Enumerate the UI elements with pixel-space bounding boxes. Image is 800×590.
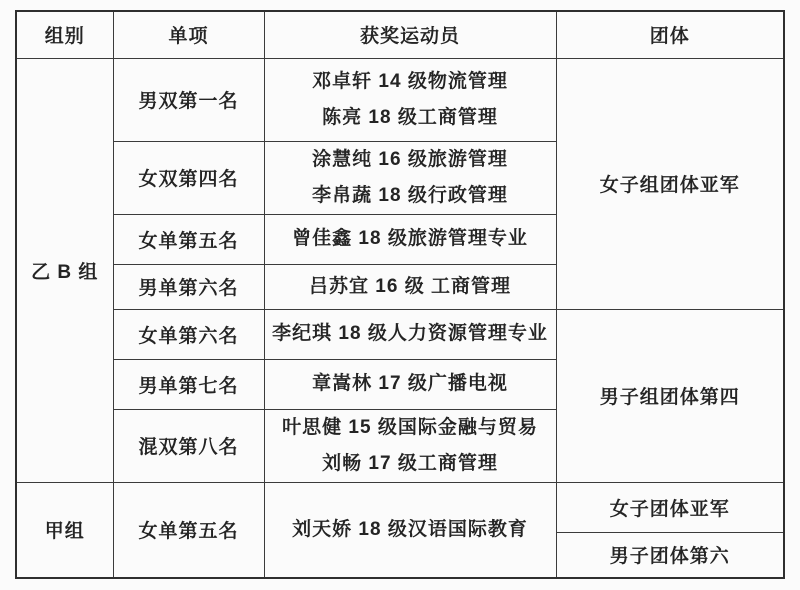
athlete-line: 邓卓轩 14 级物流管理 xyxy=(269,64,552,100)
athletes-cell: 曾佳鑫 18 级旅游管理专业 xyxy=(264,214,556,264)
page: 组别 单项 获奖运动员 团体 乙 B 组 男双第一名 邓卓轩 14 级物流管理 … xyxy=(0,0,800,590)
col-header-team: 团体 xyxy=(556,11,784,58)
group-cell: 乙 B 组 xyxy=(16,58,113,482)
col-header-event: 单项 xyxy=(113,11,264,58)
athlete-line: 李帛蔬 18 级行政管理 xyxy=(269,178,552,214)
athlete-line: 叶思健 15 级国际金融与贸易 xyxy=(269,410,552,446)
athlete-line: 刘天娇 18 级汉语国际教育 xyxy=(269,519,552,541)
awards-table: 组别 单项 获奖运动员 团体 乙 B 组 男双第一名 邓卓轩 14 级物流管理 … xyxy=(15,10,785,579)
team-cell: 男子团体第六 xyxy=(556,532,784,578)
group-cell: 甲组 xyxy=(16,482,113,578)
table-row: 甲组 女单第五名 刘天娇 18 级汉语国际教育 女子团体亚军 xyxy=(16,482,784,532)
event-cell: 男单第七名 xyxy=(113,359,264,409)
col-header-athletes: 获奖运动员 xyxy=(264,11,556,58)
athlete-line: 曾佳鑫 18 级旅游管理专业 xyxy=(269,228,552,250)
col-header-group: 组别 xyxy=(16,11,113,58)
athletes-cell: 叶思健 15 级国际金融与贸易 刘畅 17 级工商管理 xyxy=(264,409,556,482)
table-row: 乙 B 组 男双第一名 邓卓轩 14 级物流管理 陈亮 18 级工商管理 女子组… xyxy=(16,58,784,141)
athlete-line: 陈亮 18 级工商管理 xyxy=(269,100,552,136)
header-row: 组别 单项 获奖运动员 团体 xyxy=(16,11,784,58)
event-cell: 女双第四名 xyxy=(113,141,264,214)
team-cell: 女子组团体亚军 xyxy=(556,58,784,309)
athlete-line: 涂慧纯 16 级旅游管理 xyxy=(269,142,552,178)
event-cell: 男单第六名 xyxy=(113,264,264,309)
athlete-line: 章嵩林 17 级广播电视 xyxy=(269,373,552,395)
team-cell: 男子组团体第四 xyxy=(556,309,784,482)
athlete-line: 李纪琪 18 级人力资源管理专业 xyxy=(269,323,552,345)
athletes-cell: 李纪琪 18 级人力资源管理专业 xyxy=(264,309,556,359)
athletes-cell: 邓卓轩 14 级物流管理 陈亮 18 级工商管理 xyxy=(264,58,556,141)
athlete-line: 吕苏宜 16 级 工商管理 xyxy=(269,276,552,298)
event-cell: 女单第六名 xyxy=(113,309,264,359)
athletes-cell: 刘天娇 18 级汉语国际教育 xyxy=(264,482,556,578)
athletes-cell: 涂慧纯 16 级旅游管理 李帛蔬 18 级行政管理 xyxy=(264,141,556,214)
athletes-cell: 吕苏宜 16 级 工商管理 xyxy=(264,264,556,309)
event-cell: 男双第一名 xyxy=(113,58,264,141)
athletes-cell: 章嵩林 17 级广播电视 xyxy=(264,359,556,409)
team-cell: 女子团体亚军 xyxy=(556,482,784,532)
table-row: 女单第六名 李纪琪 18 级人力资源管理专业 男子组团体第四 xyxy=(16,309,784,359)
athlete-line: 刘畅 17 级工商管理 xyxy=(269,446,552,482)
event-cell: 女单第五名 xyxy=(113,214,264,264)
event-cell: 女单第五名 xyxy=(113,482,264,578)
event-cell: 混双第八名 xyxy=(113,409,264,482)
